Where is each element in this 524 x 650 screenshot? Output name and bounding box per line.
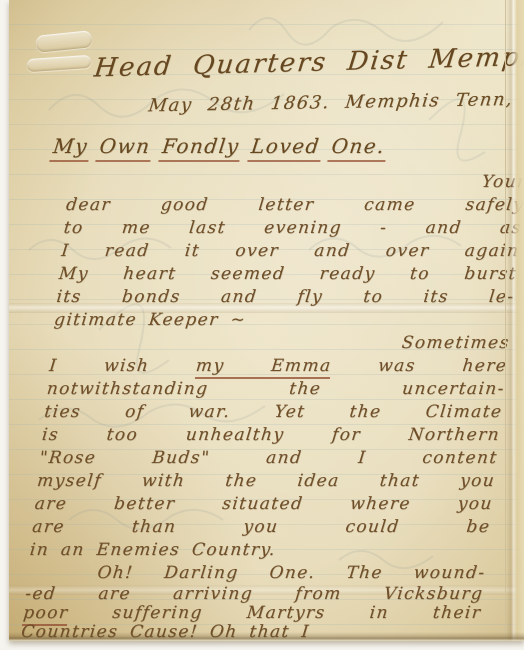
letter-line-segment: My heart seemed ready to burst: [58, 264, 518, 284]
letter-line-segment: are better situated where you: [34, 494, 494, 514]
letter-line-segment: I wish: [48, 356, 197, 376]
letter-line: Sometimes: [50, 332, 510, 355]
salutation-word: Own: [96, 134, 154, 162]
letter-line: dear good letter came safely: [65, 194, 524, 217]
letter-line-segment: dear good letter came safely: [65, 195, 524, 215]
paper-bottom-edge: [9, 632, 524, 641]
underlined-phrase: my Emma: [195, 356, 333, 379]
letter-line: to me last evening - and as: [62, 217, 522, 240]
letter-body: Yourdear good letter came safelyto me la…: [20, 171, 524, 642]
second-sheet-edge: [505, 0, 524, 641]
letter-line: I wish my Emma was here: [48, 355, 508, 378]
salutation-word: One.: [328, 134, 389, 162]
letter-line: -ed are arriving from Vicksburg: [24, 585, 484, 604]
letter-line-segment: "Rose Buds" and I content: [39, 448, 499, 468]
letter-line-segment: was here: [330, 356, 508, 376]
letter-line: Your: [67, 171, 524, 194]
letter-line-segment: to me last evening - and as: [63, 218, 523, 238]
letter-line: is too unhealthy for Northern: [41, 424, 501, 447]
letter-line: its bonds and fly to its le-: [55, 286, 515, 309]
letter-line-segment: in an Enemies Country.: [29, 540, 277, 560]
letter-line-segment: its bonds and fly to its le-: [55, 287, 515, 307]
letter-line: poor suffering Martyrs in their: [22, 604, 482, 623]
letter-salutation: My Own Fondly Loved One.: [49, 134, 388, 162]
letter-line-segment: are than you could be: [31, 517, 491, 537]
embossed-stationery-stamp: [35, 30, 92, 53]
letter-line-segment: -ed are arriving from Vicksburg: [24, 584, 484, 604]
embossed-stationery-stamp: [27, 55, 92, 72]
letter-line: are than you could be: [31, 516, 491, 539]
salutation-word: My: [49, 134, 91, 162]
letter-line-segment: I read it over and over again: [60, 241, 520, 261]
salutation-word: Fondly: [158, 134, 243, 162]
letter-line-segment: Oh! Darling One. The wound-: [96, 563, 486, 583]
letter-heading-date: May 28th 1863. Memphis Tenn,: [147, 89, 524, 117]
letter-line: gitimate Keeper ~: [53, 309, 513, 332]
letter-line-segment: myself with the idea that you: [36, 471, 496, 491]
letter-line-segment: gitimate Keeper ~: [53, 310, 247, 330]
letter-line: Oh! Darling One. The wound-: [26, 562, 486, 585]
letter-line: I read it over and over again: [60, 240, 520, 263]
letter-line-segment: ties of war. Yet the Climate: [43, 402, 503, 422]
letter-line: ties of war. Yet the Climate: [43, 401, 503, 424]
letter-line: "Rose Buds" and I content: [38, 447, 498, 470]
letter-line-segment: is too unhealthy for Northern: [41, 425, 501, 445]
letter-line: notwithstanding the uncertain-: [46, 378, 506, 401]
letter-paper-sheet: Head Quarters Dist Memphis May 28th 1863…: [9, 0, 524, 641]
scanned-letter-page: { "document": { "kind": "handwritten-let…: [0, 0, 524, 650]
letter-line: are better situated where you: [33, 493, 493, 516]
letter-line-segment: notwithstanding the uncertain-: [46, 379, 506, 399]
letter-line-segment: Sometimes: [401, 333, 511, 353]
letter-line: myself with the idea that you: [36, 470, 496, 493]
letter-line-segment: suffering Martyrs in their: [67, 603, 482, 623]
letter-line: in an Enemies Country.: [29, 539, 489, 562]
letter-heading-place: Head Quarters Dist Memphis: [93, 43, 518, 84]
salutation-word: Loved: [247, 134, 323, 162]
letter-line: My heart seemed ready to burst: [58, 263, 518, 286]
